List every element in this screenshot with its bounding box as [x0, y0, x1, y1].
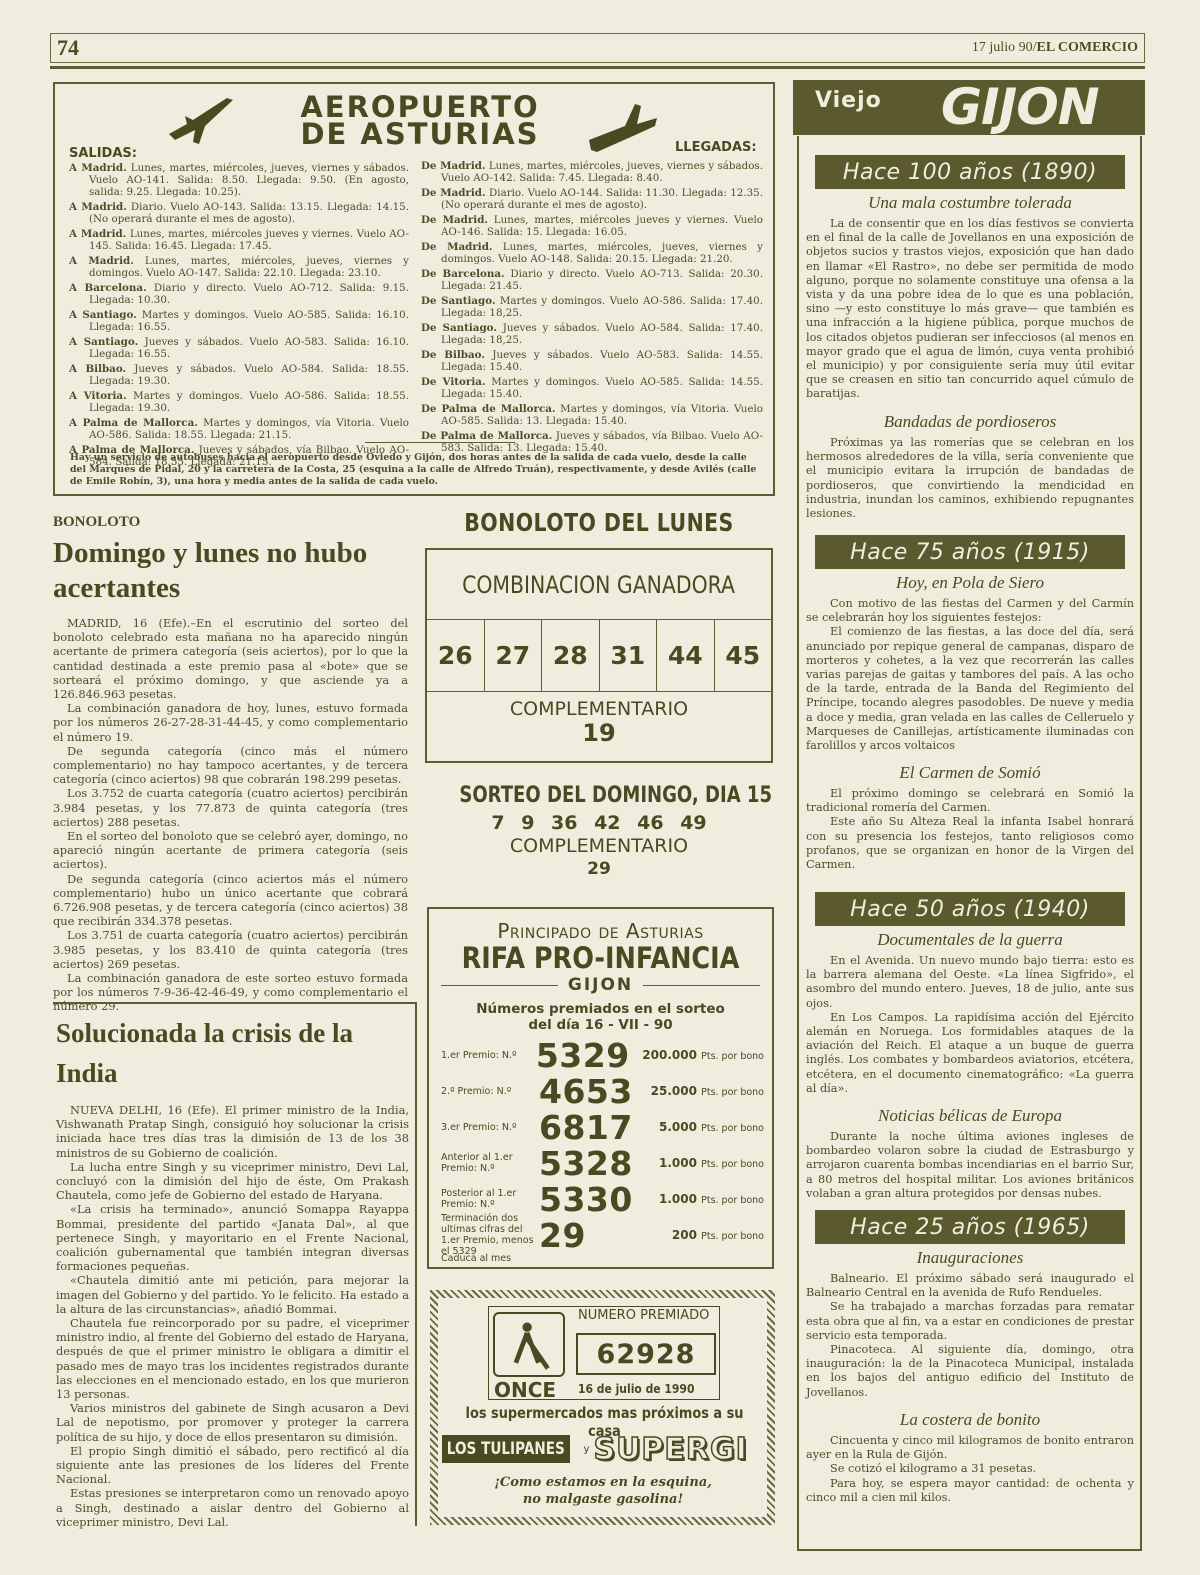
paragraph: Durante la noche última aviones ingleses…	[806, 1130, 1134, 1201]
paragraph: Se ha trabajado a marchas forzadas para …	[806, 1300, 1134, 1343]
era-header: Hace 100 años (1890)	[815, 155, 1125, 189]
prize-amount: 25.000 Pts. por bono	[649, 1084, 764, 1098]
flight-entry: A Bilbao. Jueves y sábados. Vuelo AO-584…	[69, 363, 409, 387]
flight-entry: De Santiago. Martes y domingos. Vuelo AO…	[421, 295, 763, 319]
winning-number: 45	[715, 620, 772, 691]
rifa-city: GIJON	[441, 975, 760, 995]
flight-city: A Madrid.	[69, 162, 127, 174]
prize-unit: Pts. por bono	[701, 1087, 764, 1098]
prize-label: Anterior al 1.er Premio: N.º	[441, 1152, 539, 1174]
paragraph: MADRID, 16 (Efe).–En el escrutinio del s…	[53, 616, 408, 701]
paragraph: La de consentir que en los días festivos…	[806, 217, 1134, 402]
divider	[365, 442, 515, 443]
prize-row: 3.er Premio: N.º68175.000 Pts. por bono	[429, 1109, 772, 1145]
paragraph: Con motivo de las fiestas del Carmen y d…	[806, 597, 1134, 625]
sunday-draw: SORTEO DEL DOMINGO, DIA 15 7 9 36 42 46 …	[425, 783, 773, 879]
prize-number: 5330	[539, 1180, 649, 1219]
prize-unit: Pts. por bono	[701, 1231, 764, 1242]
flight-entry: A Palma de Mallorca. Martes y domingos, …	[69, 417, 409, 441]
prize-unit: Pts. por bono	[701, 1159, 764, 1170]
subheading: Noticias bélicas de Europa	[800, 1106, 1140, 1126]
era-header: Hace 50 años (1940)	[815, 892, 1125, 926]
prize-number: 29	[539, 1216, 649, 1255]
flight-entry: De Bilbao. Jueves y sábados. Vuelo AO-58…	[421, 349, 763, 373]
prize-amount: 200.000 Pts. por bono	[642, 1048, 764, 1062]
departures-label: SALIDAS:	[69, 146, 137, 161]
article-rule	[53, 1002, 417, 1004]
paragraph: En Los Campos. La rapidísima acción del …	[806, 1011, 1134, 1096]
flight-city: De Vitoria.	[421, 376, 486, 388]
plane-arriving-icon	[585, 96, 660, 156]
prize-amount: 1.000 Pts. por bono	[649, 1192, 764, 1206]
bus-service-note: Hay un servicio de autobuses hacia el ae…	[70, 452, 760, 488]
viejo-gijon-banner: Viejo GIJON	[793, 80, 1145, 135]
paragraph: En el Avenida. Un nuevo mundo bajo tierr…	[806, 954, 1134, 1011]
once-supermarket-ad: ONCE NUMERO PREMIADO 62928 16 de julio d…	[430, 1290, 775, 1525]
section-body: Durante la noche última aviones ingleses…	[806, 1130, 1134, 1201]
rifa-pro-infancia-box: Principado de Asturias RIFA PRO-INFANCIA…	[427, 907, 774, 1269]
prize-unit: Pts. por bono	[701, 1123, 764, 1134]
rifa-subtitle: Números premiados en el sorteo del día 1…	[429, 1001, 772, 1033]
prize-row: Terminación dos ultimas cifras del 1.er …	[429, 1217, 772, 1253]
paragraph: En el sorteo del bonoloto que se celebró…	[53, 829, 408, 872]
flight-city: De Madrid.	[421, 160, 486, 172]
winning-number: 27	[485, 620, 543, 691]
paragraph: Pinacoteca. Al siguiente día, domingo, o…	[806, 1343, 1134, 1400]
flight-entry: De Barcelona. Diario y directo. Vuelo AO…	[421, 268, 763, 292]
paragraph: Balneario. El próximo sábado será inaugu…	[806, 1272, 1134, 1300]
paragraph: «Chautela dimitió ante mi petición, para…	[56, 1273, 409, 1316]
page-number: 74	[57, 35, 79, 61]
brand-connector: y	[584, 1444, 590, 1455]
flight-city: A Barcelona.	[69, 282, 147, 294]
banner-viejo: Viejo	[815, 88, 882, 113]
rifa-name: RIFA PRO-INFANCIA	[450, 943, 752, 973]
winning-number: 44	[657, 620, 715, 691]
era-header: Hace 75 años (1915)	[815, 535, 1125, 569]
prize-unit: Pts. por bono	[701, 1051, 764, 1062]
brand-los-tulipanes: LOS TULIPANES	[442, 1435, 570, 1463]
flight-city: De Bilbao.	[421, 349, 485, 361]
flight-city: De Santiago.	[421, 322, 497, 334]
prize-row: Posterior al 1.er Premio: N.º53301.000 P…	[429, 1181, 772, 1217]
once-winning-number: 62928	[576, 1333, 716, 1375]
page-header: 74 17 julio 90/EL COMERCIO	[50, 33, 1145, 63]
paragraph: El comienzo de las fiestas, a las doce d…	[806, 625, 1134, 753]
paragraph: El próximo domingo se celebrará en Somió…	[806, 787, 1134, 815]
flight-entry: A Santiago. Martes y domingos. Vuelo AO-…	[69, 309, 409, 333]
paragraph: Cincuenta y cinco mil kilogramos de boni…	[806, 1434, 1134, 1462]
once-brand: ONCE	[494, 1378, 556, 1402]
flight-city: A Santiago.	[69, 336, 138, 348]
prize-unit: Pts. por bono	[701, 1195, 764, 1206]
winning-numbers: 262728314445	[427, 620, 771, 692]
sunday-draw-title: SORTEO DEL DOMINGO, DIA 15	[459, 783, 772, 808]
flight-entry: De Madrid. Lunes, martes, miércoles, jue…	[421, 160, 763, 184]
subheading: Una mala costumbre tolerada	[800, 193, 1140, 213]
flight-city: De Santiago.	[421, 295, 496, 307]
sunday-complementary-number: 29	[425, 859, 773, 879]
supermarket-brands: LOS TULIPANES y SUPERGI	[442, 1432, 764, 1466]
airport-title: AEROPUERTO DE ASTURIAS	[270, 94, 570, 148]
section-body: Con motivo de las fiestas del Carmen y d…	[806, 597, 1134, 753]
section-body: La de consentir que en los días festivos…	[806, 217, 1134, 402]
sunday-complementary-label: COMPLEMENTARIO	[425, 835, 773, 857]
issue-date: 17 julio 90/	[972, 40, 1037, 55]
flight-entry: A Madrid. Lunes, martes, miércoles, juev…	[69, 255, 409, 279]
flight-city: A Bilbao.	[69, 363, 126, 375]
flight-entry: A Madrid. Diario. Vuelo AO-143. Salida: …	[69, 201, 409, 225]
sunday-numbers: 7 9 36 42 46 49	[425, 812, 773, 834]
subheading: Hoy, en Pola de Siero	[800, 573, 1140, 593]
prize-amount: 5.000 Pts. por bono	[649, 1120, 764, 1134]
section-body: En el Avenida. Un nuevo mundo bajo tierr…	[806, 954, 1134, 1096]
airport-schedule: AEROPUERTO DE ASTURIAS SALIDAS: LLEGADAS…	[53, 82, 775, 496]
paragraph: Este año Su Alteza Real la infanta Isabe…	[806, 815, 1134, 872]
india-article-body: NUEVA DELHI, 16 (Efe). El primer ministr…	[56, 1103, 409, 1529]
prize-number: 5328	[539, 1144, 649, 1183]
flight-city: De Palma de Mallorca.	[421, 403, 555, 415]
prize-label: 3.er Premio: N.º	[441, 1122, 539, 1133]
subheading: Bandadas de pordioseros	[800, 412, 1140, 432]
paragraph: Los 3.751 de cuarta categoría (cuatro ac…	[53, 928, 408, 971]
arrivals-label: LLEGADAS:	[675, 140, 757, 155]
flight-city: A Santiago.	[69, 309, 137, 321]
ad-slogan: ¡Como estamos en la esquina, no malgaste…	[438, 1474, 768, 1508]
flight-city: A Madrid.	[69, 201, 127, 213]
header-rule	[50, 66, 1145, 69]
flight-city: De Palma de Mallorca.	[421, 430, 552, 442]
rifa-organization: Principado de Asturias	[429, 919, 772, 943]
dateline: 17 julio 90/EL COMERCIO	[972, 40, 1138, 56]
winning-combination-box: COMBINACION GANADORA 262728314445 COMPLE…	[425, 548, 773, 763]
paragraph: Varios ministros del gabinete de Singh a…	[56, 1401, 409, 1444]
flight-entry: De Madrid. Lunes, martes, miércoles, jue…	[421, 241, 763, 265]
prize-list: 1.er Premio: N.º5329200.000 Pts. por bon…	[429, 1037, 772, 1253]
era-header: Hace 25 años (1965)	[815, 1210, 1125, 1244]
complementary: COMPLEMENTARIO 19	[427, 692, 771, 746]
once-label: NUMERO PREMIADO	[578, 1308, 709, 1323]
paragraph: La combinación ganadora de hoy, lunes, e…	[53, 701, 408, 744]
paragraph: El propio Singh dimitió el sábado, pero …	[56, 1444, 409, 1487]
flight-entry: A Barcelona. Diario y directo. Vuelo AO-…	[69, 282, 409, 306]
winning-number: 28	[542, 620, 600, 691]
paragraph: Para hoy, se espera mayor cantidad: de o…	[806, 1477, 1134, 1505]
subheading: El Carmen de Somió	[800, 763, 1140, 783]
winning-number: 31	[600, 620, 658, 691]
paragraph: NUEVA DELHI, 16 (Efe). El primer ministr…	[56, 1103, 409, 1160]
prize-amount: 1.000 Pts. por bono	[649, 1156, 764, 1170]
prize-label: 2.º Premio: N.º	[441, 1086, 539, 1097]
flight-entry: De Santiago. Jueves y sábados. Vuelo AO-…	[421, 322, 763, 346]
arrivals-list: De Madrid. Lunes, martes, miércoles, jue…	[421, 160, 763, 457]
section-body: El próximo domingo se celebrará en Somió…	[806, 787, 1134, 872]
prize-label: Posterior al 1.er Premio: N.º	[441, 1188, 539, 1210]
india-headline: Solucionada la crisis de la India	[56, 1013, 411, 1093]
paragraph: La lucha entre Singh y su viceprimer min…	[56, 1160, 409, 1203]
paragraph: De segunda categoría (cinco aciertos más…	[53, 872, 408, 929]
paragraph: La combinación ganadora de este sorteo e…	[53, 971, 408, 1014]
bonoloto-headline: Domingo y lunes no hubo acertantes	[53, 536, 383, 606]
bonoloto-results-title: BONOLOTO DEL LUNES	[456, 508, 741, 537]
flight-city: De Madrid.	[421, 241, 493, 253]
prize-number: 6817	[539, 1108, 649, 1147]
flight-entry: A Madrid. Lunes, martes, miércoles, juev…	[69, 162, 409, 198]
prize-amount: 200 Pts. por bono	[649, 1228, 764, 1242]
plane-departing-icon	[165, 94, 235, 146]
brand-supergi: SUPERGI	[593, 1432, 747, 1467]
publication-name: EL COMERCIO	[1036, 40, 1138, 55]
flight-city: A Palma de Mallorca.	[69, 417, 198, 429]
subheading: Inauguraciones	[800, 1248, 1140, 1268]
subheading: Documentales de la guerra	[800, 930, 1140, 950]
flight-entry: A Santiago. Jueves y sábados. Vuelo AO-5…	[69, 336, 409, 360]
banner-gijon: GIJON	[941, 78, 1099, 136]
flight-entry: De Palma de Mallorca. Martes y domingos,…	[421, 403, 763, 427]
flight-city: A Madrid.	[69, 228, 126, 240]
once-logo-icon	[493, 1312, 565, 1377]
prize-row: 2.º Premio: N.º465325.000 Pts. por bono	[429, 1073, 772, 1109]
flight-entry: A Madrid. Lunes, martes, miércoles jueve…	[69, 228, 409, 252]
winning-number: 26	[427, 620, 485, 691]
flight-city: De Barcelona.	[421, 268, 505, 280]
prize-number: 5329	[536, 1036, 642, 1075]
prize-number: 4653	[539, 1072, 649, 1111]
paragraph: «La crisis ha terminado», anunció Somapp…	[56, 1202, 409, 1273]
subheading: La costera de bonito	[800, 1410, 1140, 1430]
prize-row: 1.er Premio: N.º5329200.000 Pts. por bon…	[429, 1037, 772, 1073]
paragraph: Se cotizó el kilogramo a 31 pesetas.	[806, 1462, 1134, 1476]
flight-city: De Madrid.	[421, 187, 486, 199]
paragraph: Chautela fue reincorporado por su padre,…	[56, 1316, 409, 1401]
prize-label: Terminación dos ultimas cifras del 1.er …	[441, 1213, 539, 1257]
flight-entry: De Vitoria. Martes y domingos. Vuelo AO-…	[421, 376, 763, 400]
article-rule	[415, 1002, 417, 1526]
bonoloto-article-body: MADRID, 16 (Efe).–En el escrutinio del s…	[53, 616, 408, 1014]
paragraph: Estas presiones se interpretaron como un…	[56, 1486, 409, 1529]
complementary-number: 19	[427, 720, 771, 746]
flight-entry: A Vitoria. Martes y domingos. Vuelo AO-5…	[69, 390, 409, 414]
section-kicker: BONOLOTO	[53, 514, 140, 531]
complementary-label: COMPLEMENTARIO	[427, 698, 771, 720]
prize-row: Anterior al 1.er Premio: N.º53281.000 Pt…	[429, 1145, 772, 1181]
paragraph: Los 3.752 de cuarta categoría (cuatro ac…	[53, 786, 408, 829]
flight-city: De Madrid.	[421, 214, 488, 226]
departures-list: A Madrid. Lunes, martes, miércoles, juev…	[69, 162, 409, 471]
flight-city: A Madrid.	[69, 255, 134, 267]
prize-label: 1.er Premio: N.º	[441, 1050, 536, 1061]
section-body: Próximas ya las romerías que se celebran…	[806, 436, 1134, 521]
paragraph: Próximas ya las romerías que se celebran…	[806, 436, 1134, 521]
paragraph: De segunda categoría (cinco más el númer…	[53, 744, 408, 787]
rifa-expiry: Caduca al mes	[429, 1253, 772, 1264]
section-body: Cincuenta y cinco mil kilogramos de boni…	[806, 1434, 1134, 1505]
flight-entry: De Madrid. Diario. Vuelo AO-144. Salida:…	[421, 187, 763, 211]
flight-entry: De Madrid. Lunes, martes, miércoles juev…	[421, 214, 763, 238]
once-date: 16 de julio de 1990	[578, 1382, 694, 1396]
section-body: Balneario. El próximo sábado será inaugu…	[806, 1272, 1134, 1400]
flight-city: A Vitoria.	[69, 390, 127, 402]
combination-label: COMBINACION GANADORA	[427, 550, 771, 620]
